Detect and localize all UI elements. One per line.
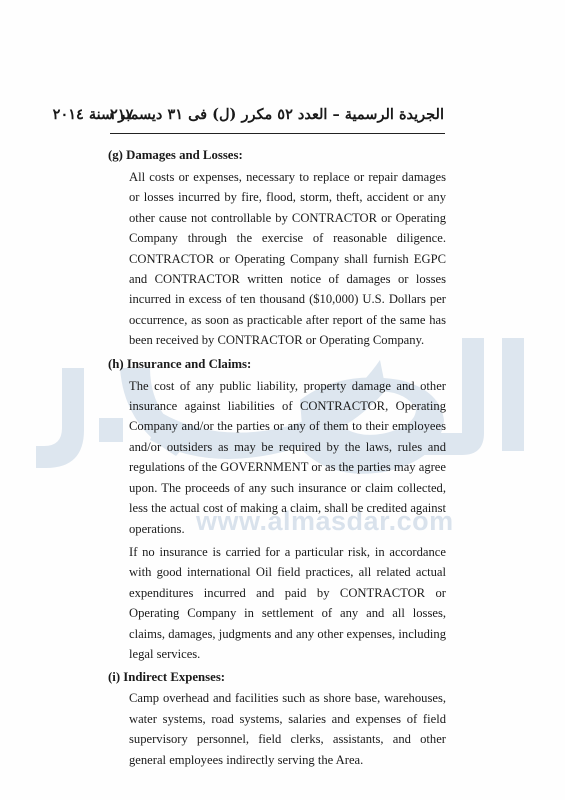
document-body: (g) Damages and Losses: All costs or exp… (108, 145, 446, 773)
section-paragraph: The cost of any public liability, proper… (129, 376, 446, 539)
section-paragraph: If no insurance is carried for a particu… (129, 542, 446, 664)
section-paragraph: Camp overhead and facilities such as sho… (129, 688, 446, 770)
section-heading: (g) Damages and Losses: (108, 145, 446, 166)
section-paragraph: All costs or expenses, necessary to repl… (129, 167, 446, 351)
page-number: ٢١٧ (110, 106, 133, 123)
section-damages-and-losses: (g) Damages and Losses: All costs or exp… (108, 145, 446, 351)
header-divider (110, 133, 445, 134)
section-heading: (h) Insurance and Claims: (108, 354, 446, 375)
section-indirect-expenses: (i) Indirect Expenses: Camp overhead and… (108, 667, 446, 770)
gazette-header: الجريدة الرسمية – العدد ٥٢ مكرر (ل) فى ٣… (110, 106, 444, 130)
section-heading: (i) Indirect Expenses: (108, 667, 446, 688)
document-page: www.almasdar.com الجريدة الرسمية – العدد… (0, 0, 565, 800)
section-insurance-and-claims: (h) Insurance and Claims: The cost of an… (108, 354, 446, 665)
